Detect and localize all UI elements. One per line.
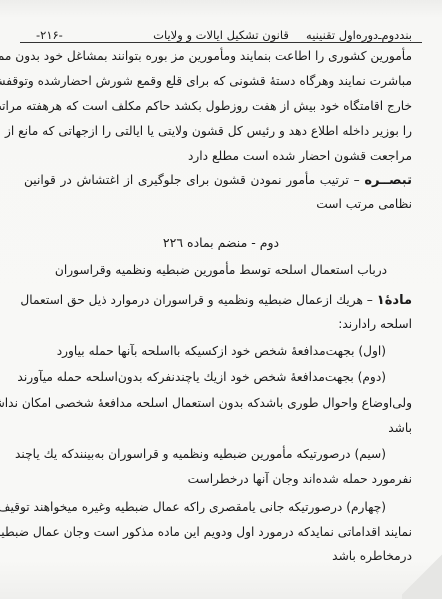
article-line: مادهٔ۱ – هریك ازعمال ضبطیه ونظمیه و قراس…	[24, 292, 412, 309]
page-number: -۲۱۶-	[36, 28, 63, 42]
header-divider	[20, 42, 422, 43]
page-header: بنددوم‌ـ‌دوره‌اول تقنینیه قانون تشکیل ای…	[20, 22, 422, 42]
item-third-cont: نفرمورد حمله شده‌اند وجان آنها درخطراست	[188, 471, 412, 487]
item-second-cont: ولی‌اوضاع واحوال طوری باشدکه بدون استعما…	[24, 395, 412, 411]
body-line: را بوزیر داخله اطلاع دهد و رئیس کل قشون …	[24, 123, 412, 139]
note-line: تبصــره – ترتیب مأمور نمودن قشون برای جل…	[24, 172, 412, 189]
item-fourth-cont: نمایند اقداماتی نمایدکه درمورد اول ودویم…	[24, 524, 412, 540]
note-label: تبصــره	[364, 173, 412, 188]
item-third: (سیم) درصورتیکه مأمورین ضبطیه ونظمیه و ق…	[28, 446, 386, 462]
item-fourth-cont: درمخاطره باشد	[332, 548, 412, 564]
document-page: بنددوم‌ـ‌دوره‌اول تقنینیه قانون تشکیل ای…	[0, 0, 442, 599]
section-heading: دوم - منضم بماده ۲۲٦	[0, 235, 442, 251]
law-title: قانون تشکیل ایالات و ولایات	[20, 28, 422, 42]
note-text: – ترتیب مأمور نمودن قشون برای جلوگیری از…	[24, 173, 364, 187]
body-line: خارج اقامتگاه خود بیش از هفت روزطول بکشد…	[24, 98, 412, 114]
body-line: مأمورین کشوری را اطاعت بنمایند ومأمورین …	[24, 48, 412, 64]
item-second: (دوم) بجهت‌مدافعهٔ شخص خود ازیك یاچندنفر…	[17, 369, 386, 385]
note-line: نظامی مرتب است	[316, 196, 412, 212]
item-fourth: (چهارم) درصورتیکه جانی یامقصری راکه عمال…	[28, 499, 386, 515]
subheading: درباب استعمال اسلحه توسط مأمورین ضبطیه و…	[0, 262, 442, 278]
item-first: (اول) بجهت‌مدافعهٔ شخص خود ازکسیکه بااسل…	[57, 343, 386, 359]
body-line: مباشرت نمایند وهرگاه دستهٔ قشونی که برای…	[24, 73, 412, 89]
article-line: اسلحه رادارند:	[338, 316, 412, 332]
item-second-cont: باشد	[388, 420, 412, 436]
article-label: مادهٔ۱	[377, 293, 412, 308]
article-text: – هریك ازعمال ضبطیه ونظمیه و قراسوران در…	[20, 293, 376, 307]
page-corner	[402, 549, 442, 599]
body-line: مراجعت قشون احضار شده است مطلع دارد	[188, 148, 412, 164]
